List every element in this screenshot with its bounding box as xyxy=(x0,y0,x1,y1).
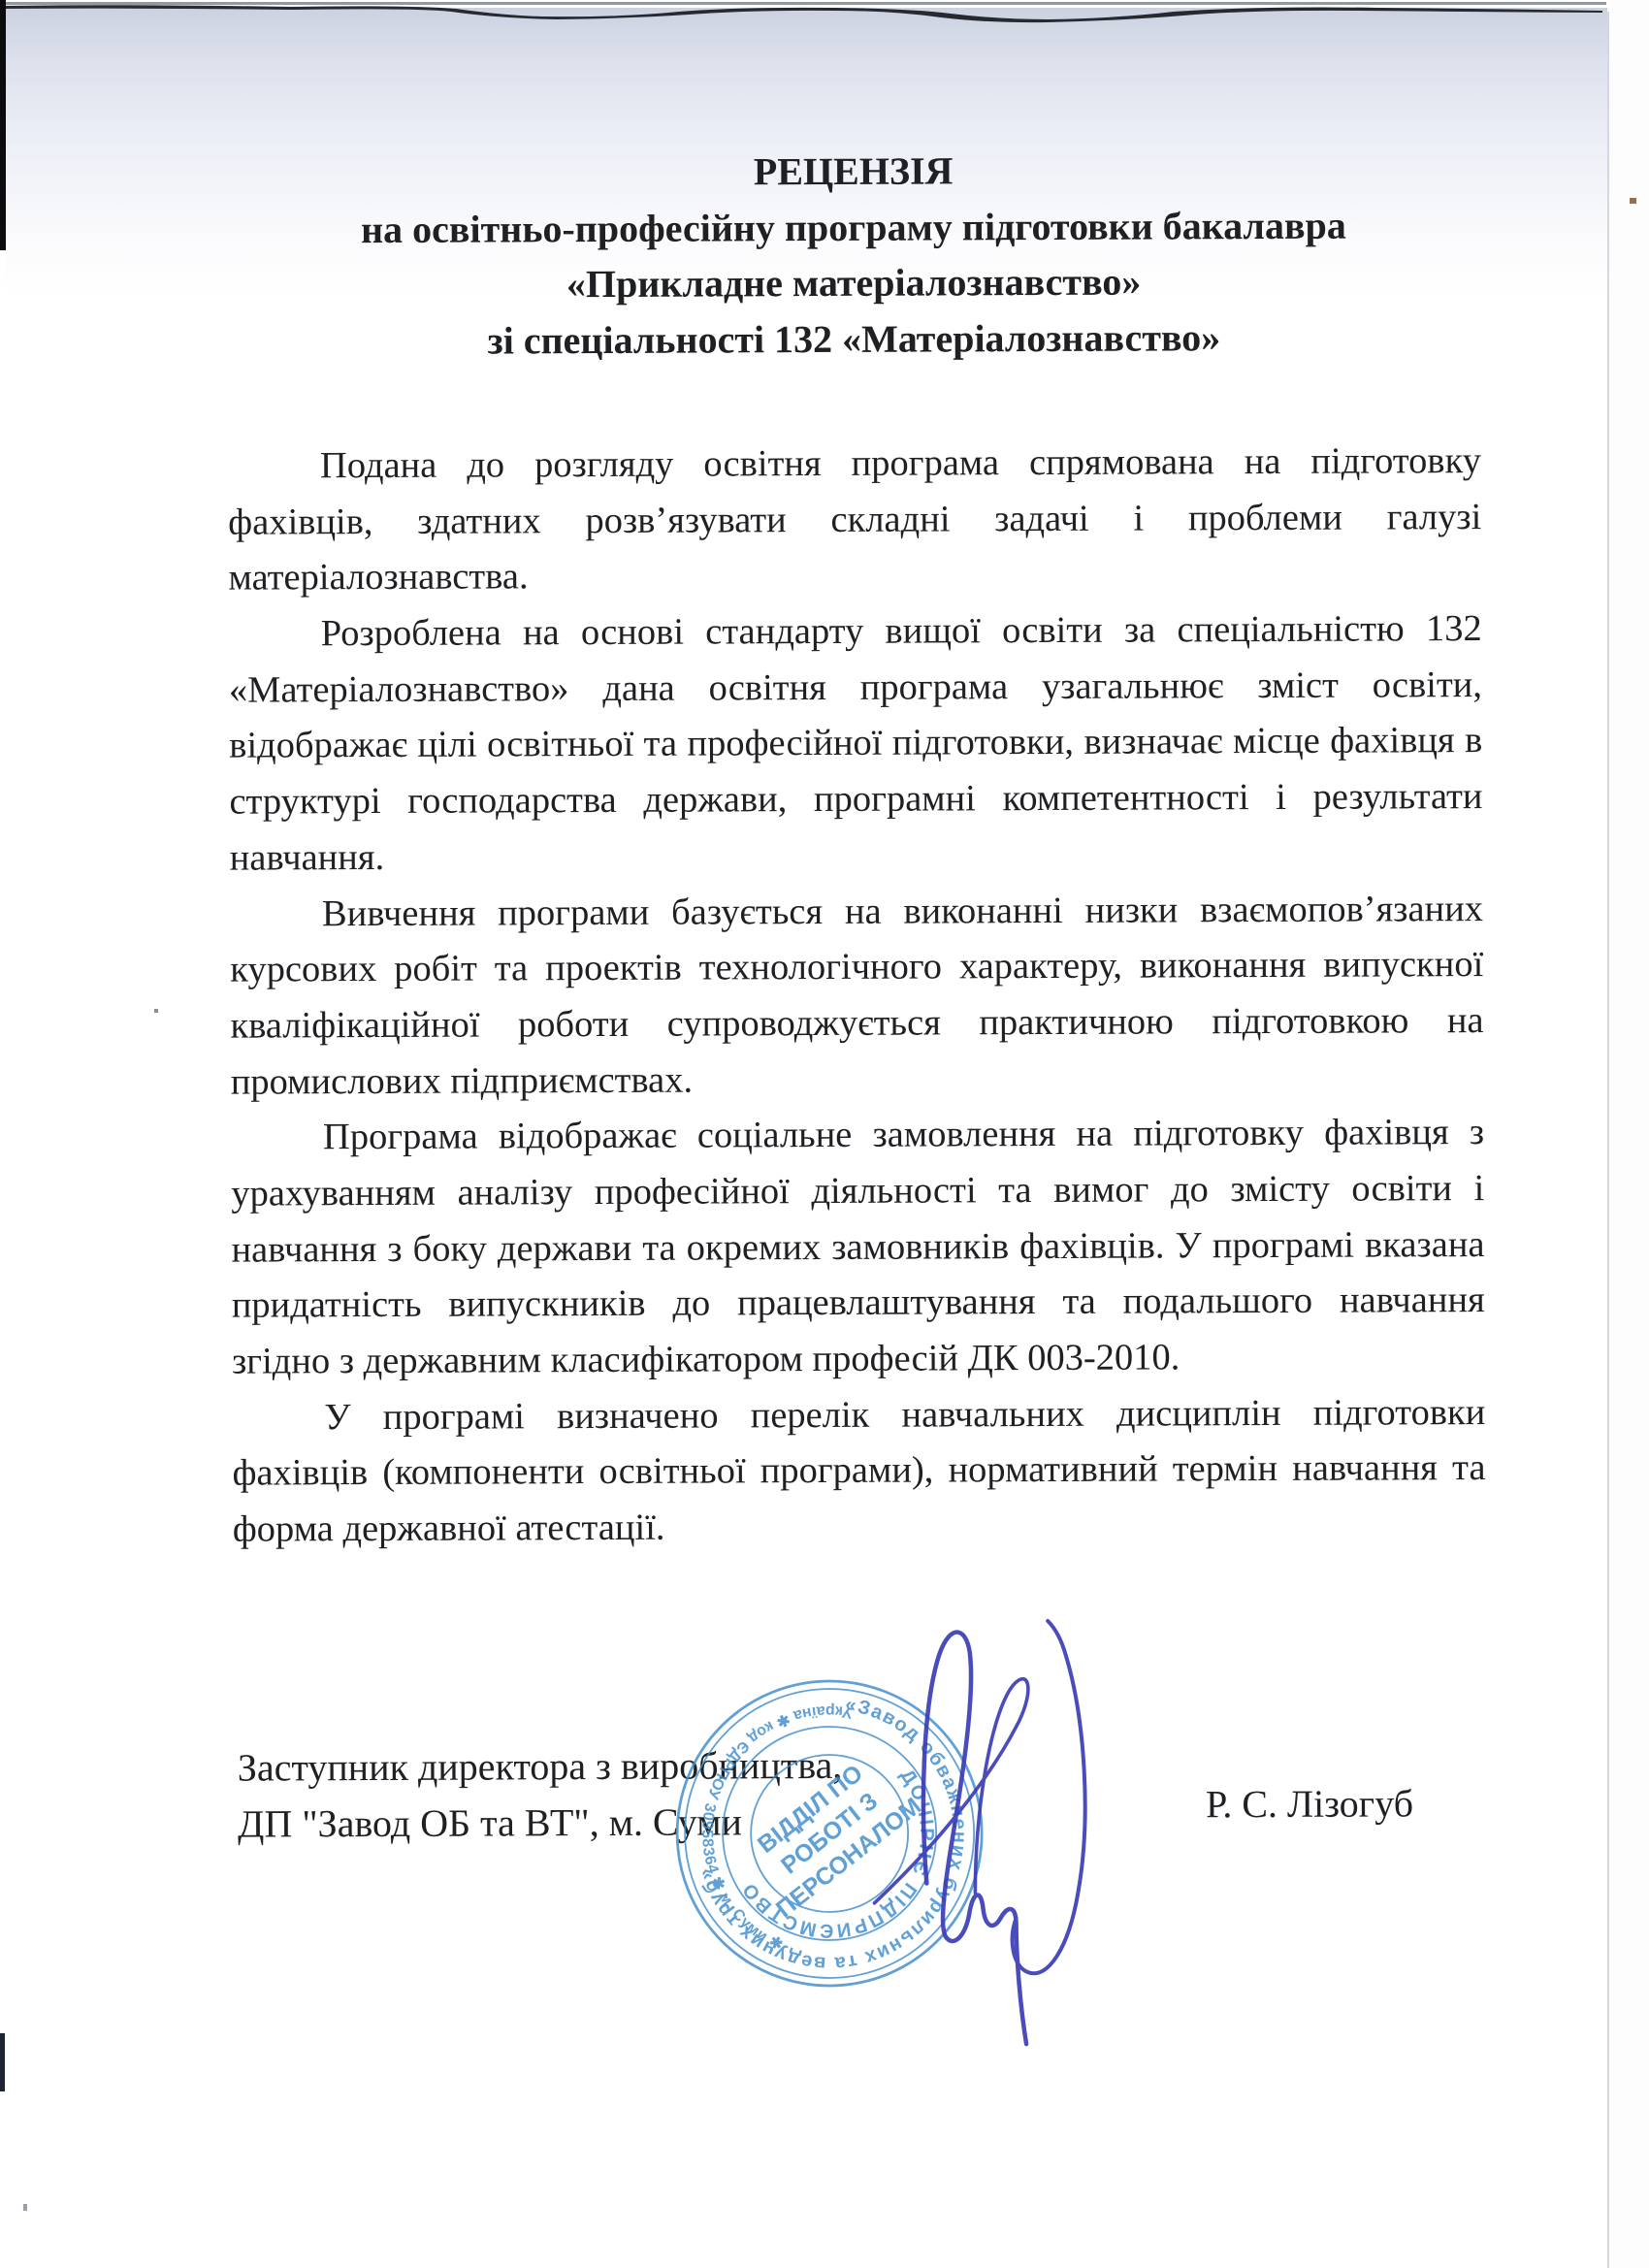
paragraph-line: структурі господарства держави, програмн… xyxy=(229,769,1482,830)
paragraph-line: навчання з боку держави та окремих замов… xyxy=(231,1217,1484,1279)
paragraph-line: придатність випускників до працевлаштува… xyxy=(232,1273,1485,1334)
paragraph-line: фахівців, здатних розв’язувати складні з… xyxy=(228,490,1481,551)
signature-position-block: Заступник директора з виробництва, ДП "З… xyxy=(238,1736,994,1851)
document-title: РЕЦЕНЗІЯна освітньо-професійну програму … xyxy=(227,141,1481,370)
paragraph-line: Вивчення програми базується на виконанні… xyxy=(230,882,1483,943)
title-line: зі спеціальності 132 «Матеріалознавство» xyxy=(227,308,1480,370)
paragraph-line: відображає цілі освітньої та професійної… xyxy=(229,713,1482,774)
paragraph-line: фахівців (компоненти освітньої програми)… xyxy=(232,1441,1485,1502)
title-line: на освітньо-професійну програму підготов… xyxy=(227,197,1480,258)
paragraph-line: промислових підприємствах. xyxy=(231,1050,1484,1111)
paragraph-line: згідно з державним класифікатором профес… xyxy=(232,1329,1485,1390)
paragraph-line: У програмі визначено перелік навчальних … xyxy=(232,1385,1485,1446)
paragraph-line: урахуванням аналізу професійної діяльнос… xyxy=(231,1161,1484,1222)
signer-position-line: Заступник директора з виробництва, xyxy=(238,1736,994,1796)
paragraph-line: курсових робіт та проектів технологічног… xyxy=(230,937,1483,998)
paragraph-line: Розроблена на основі стандарту вищої осв… xyxy=(229,601,1482,663)
scanned-document-page: РЕЦЕНЗІЯна освітньо-професійну програму … xyxy=(0,0,1649,2268)
paragraph-line: Подана до розгляду освітня програма спря… xyxy=(228,434,1481,495)
title-line: РЕЦЕНЗІЯ xyxy=(227,141,1480,202)
signer-company-line: ДП "Завод ОБ та ВТ", м. Суми xyxy=(238,1793,994,1852)
paragraph-line: кваліфікаційної роботи супроводжується п… xyxy=(230,993,1483,1054)
document-content: РЕЦЕНЗІЯна освітньо-професійну програму … xyxy=(0,0,1649,2268)
document-body: Подана до розгляду освітня програма спря… xyxy=(228,434,1486,1558)
signer-name: Р. С. Лізогуб xyxy=(1206,1780,1413,1827)
paragraph-line: «Матеріалознавство» дана освітня програм… xyxy=(229,658,1482,719)
paragraph-line: Програма відображає соціальне замовлення… xyxy=(231,1105,1484,1166)
paragraph-line: навчання. xyxy=(230,826,1483,887)
paragraph-line: матеріалознавства. xyxy=(228,545,1481,606)
title-line: «Прикладне матеріалознавство» xyxy=(227,252,1480,313)
paragraph-line: форма державної атестації. xyxy=(233,1497,1486,1558)
